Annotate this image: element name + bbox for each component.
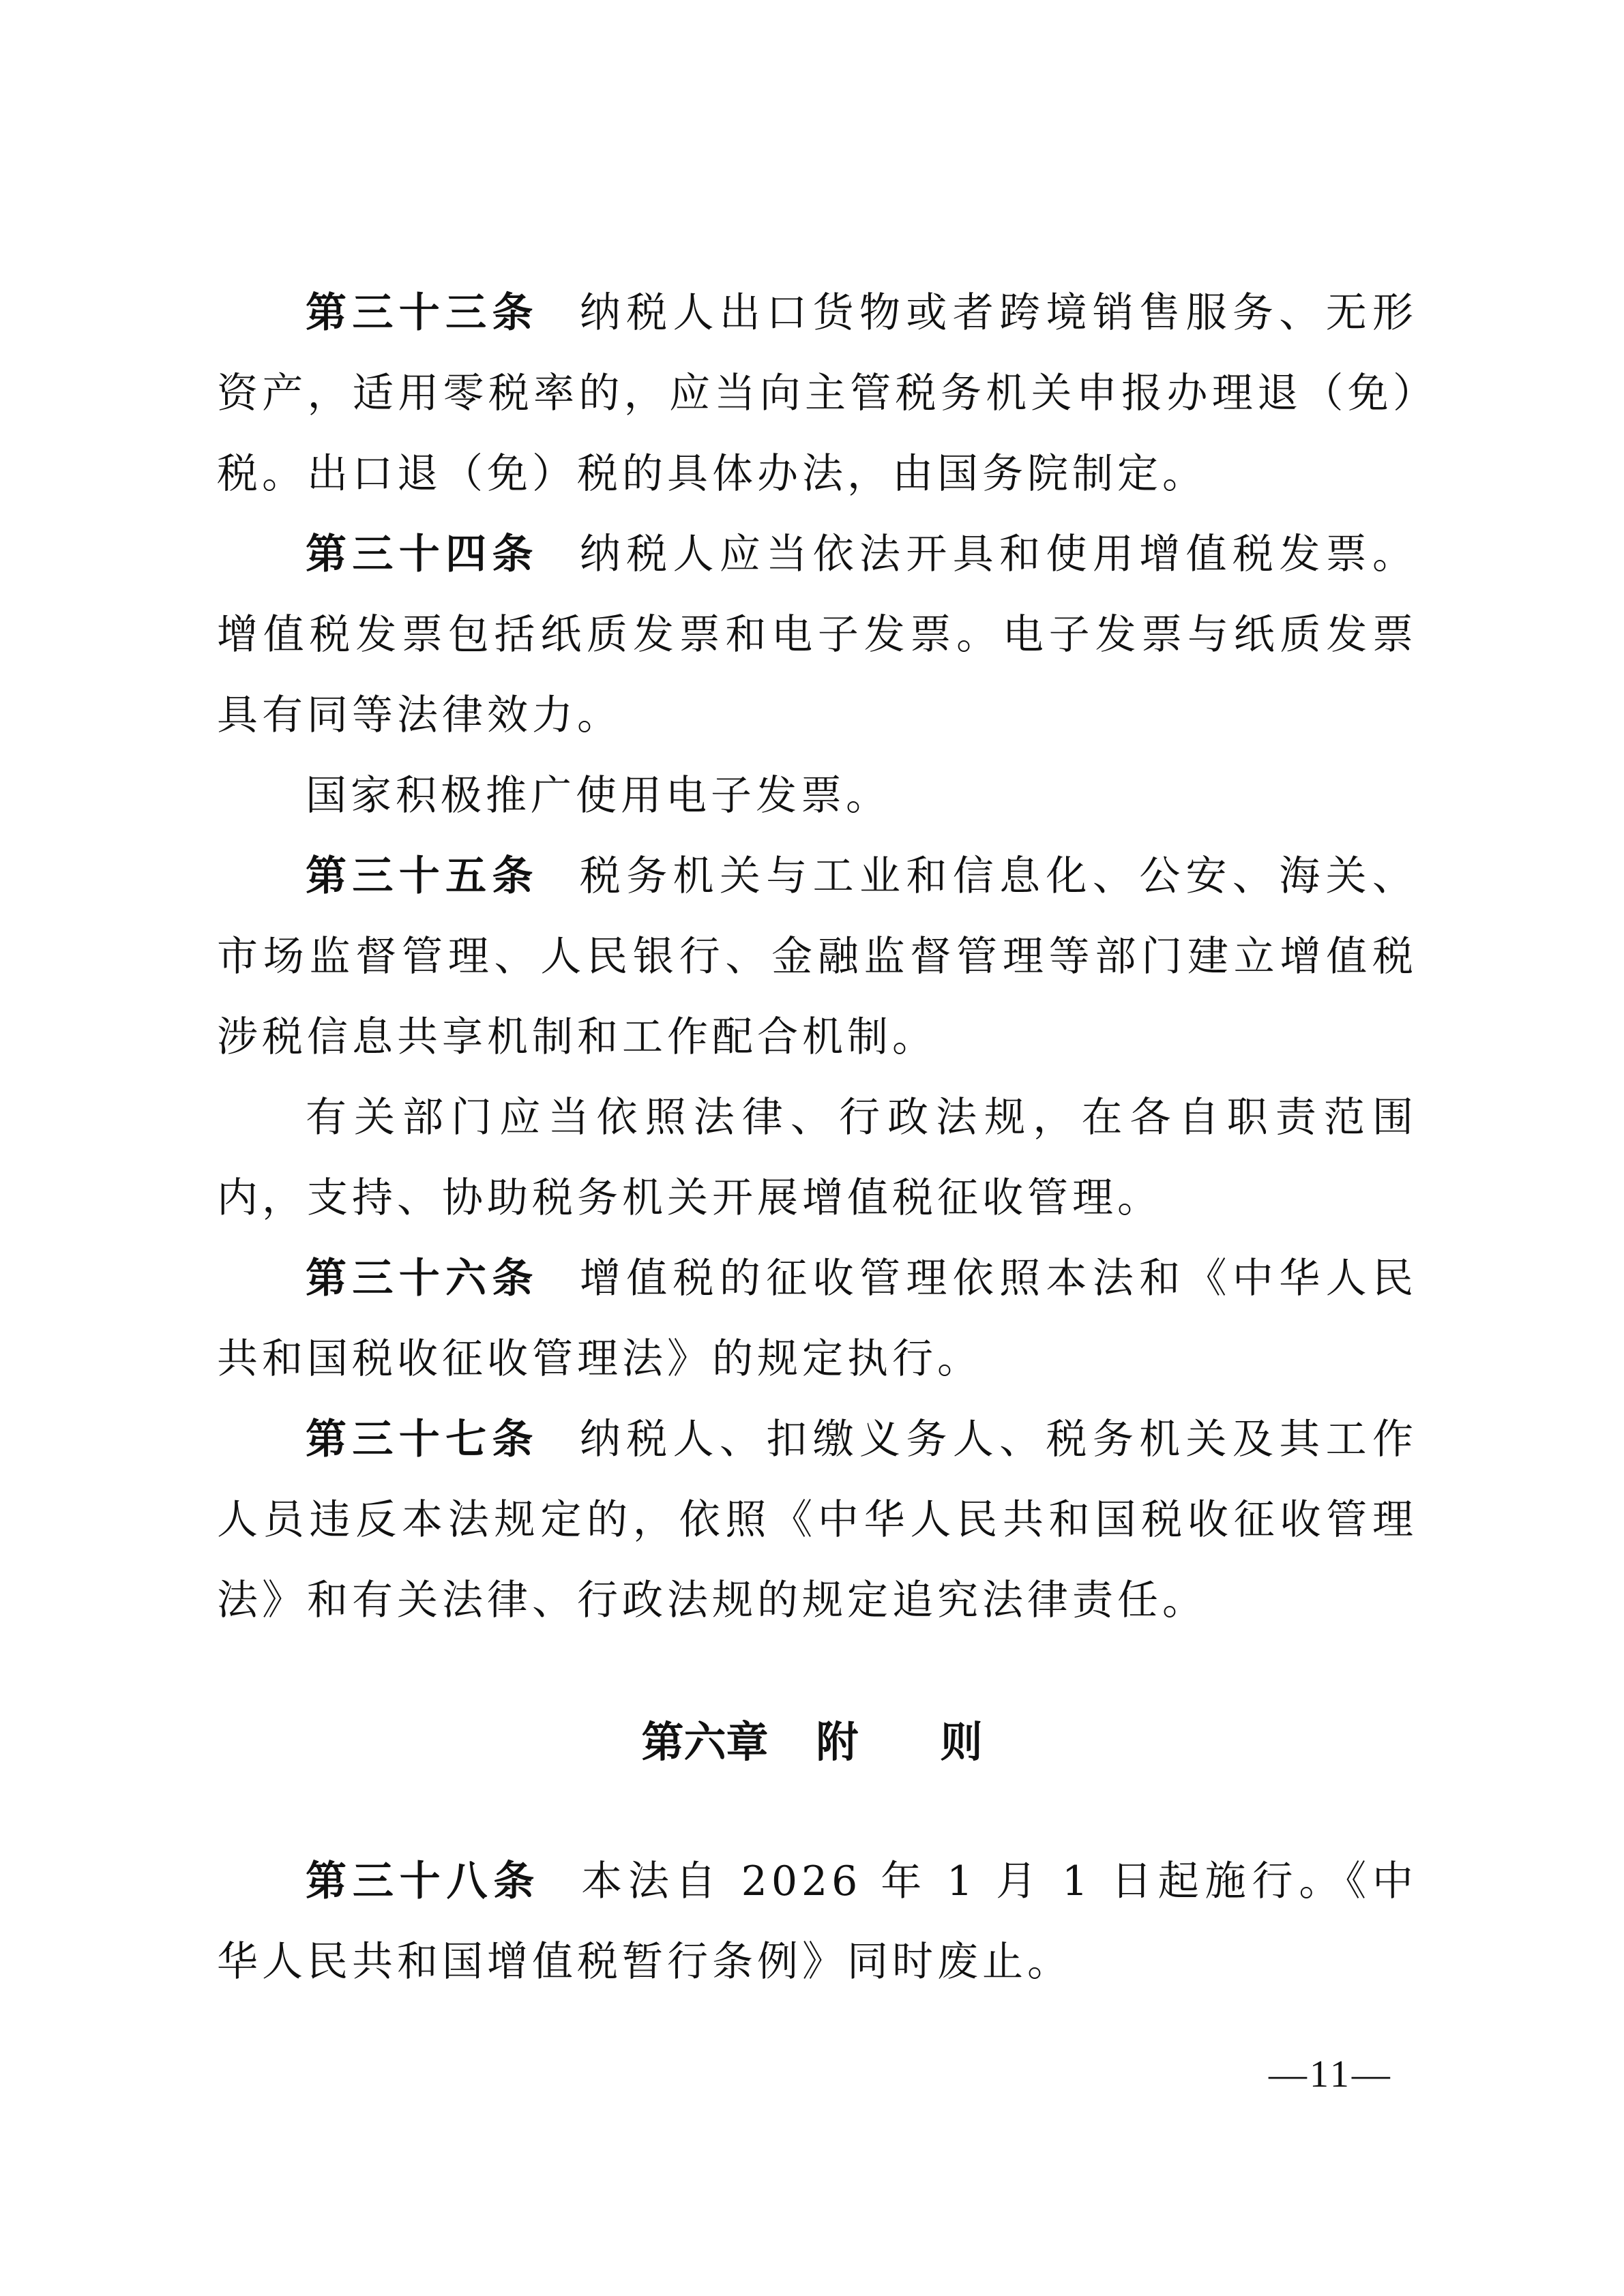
article-38: 第三十八条本法自 2026 年 1 月 1 日起施行。《中华人民共和国增值税暂行…	[217, 1841, 1417, 2002]
document-body: 第三十三条纳税人出口货物或者跨境销售服务、无形资产，适用零税率的，应当向主管税务…	[217, 273, 1417, 1641]
chapter-heading: 第六章附则	[0, 1708, 1624, 1776]
article-label: 第三十三条	[306, 289, 539, 337]
article-label: 第三十六条	[306, 1255, 539, 1302]
page-number: —11—	[1269, 2053, 1393, 2096]
article-label: 第三十四条	[306, 531, 539, 578]
article-33: 第三十三条纳税人出口货物或者跨境销售服务、无形资产，适用零税率的，应当向主管税务…	[217, 273, 1417, 514]
article-34: 第三十四条纳税人应当依法开具和使用增值税发票。增值税发票包括纸质发票和电子发票。…	[217, 514, 1417, 756]
article-label: 第三十五条	[306, 852, 539, 900]
paragraph-text: 有关部门应当依照法律、行政法规，在各自职责范围内，支持、协助税务机关开展增值税征…	[217, 1094, 1417, 1222]
article-35-paragraph-2: 有关部门应当依照法律、行政法规，在各自职责范围内，支持、协助税务机关开展增值税征…	[217, 1077, 1417, 1238]
article-37: 第三十七条纳税人、扣缴义务人、税务机关及其工作人员违反本法规定的，依照《中华人民…	[217, 1399, 1417, 1641]
article-36: 第三十六条增值税的征收管理依照本法和《中华人民共和国税收征收管理法》的规定执行。	[217, 1238, 1417, 1399]
article-label: 第三十七条	[306, 1416, 539, 1463]
chapter-title-char-1: 附	[816, 1717, 858, 1767]
paragraph-text: 国家积极推广使用电子发票。	[306, 772, 891, 820]
chapter-title-char-2: 则	[941, 1717, 983, 1767]
article-label: 第三十八条	[306, 1858, 540, 1905]
article-34-paragraph-2: 国家积极推广使用电子发票。	[217, 756, 1417, 836]
document-body-chapter-6: 第三十八条本法自 2026 年 1 月 1 日起施行。《中华人民共和国增值税暂行…	[217, 1841, 1417, 2002]
article-35: 第三十五条税务机关与工业和信息化、公安、海关、市场监督管理、人民银行、金融监督管…	[217, 836, 1417, 1077]
chapter-number: 第六章	[641, 1717, 768, 1767]
